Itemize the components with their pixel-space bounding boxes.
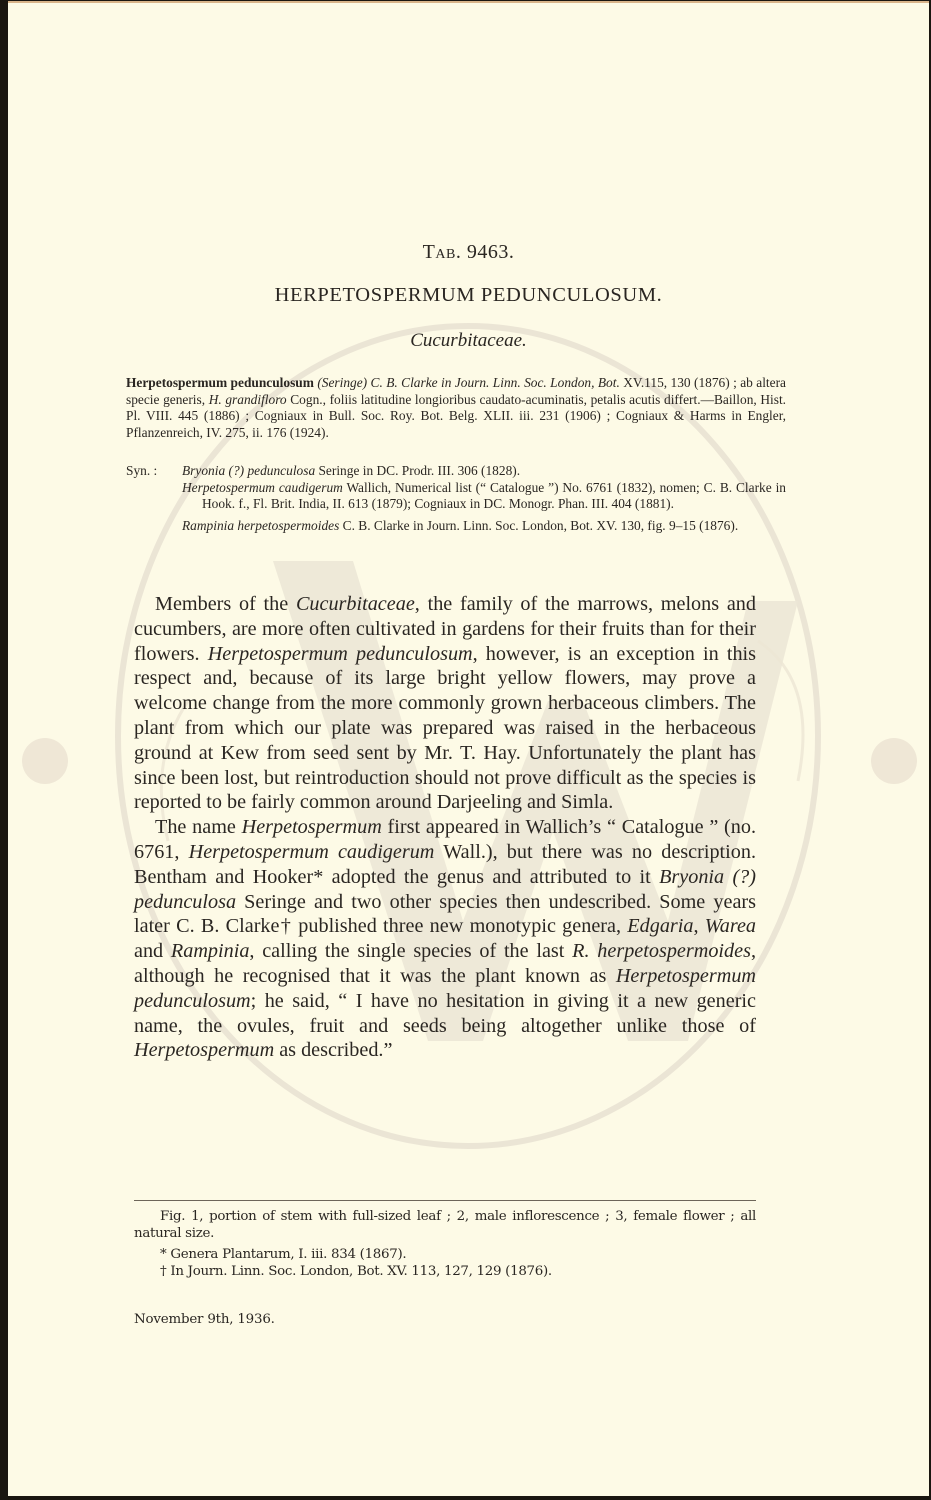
publication-date: November 9th, 1936. xyxy=(134,1312,275,1327)
synonym-entry: Bryonia (?) pedunculosa Seringe in DC. P… xyxy=(182,463,520,480)
paragraph-intro: Members of the Cucurbitaceae, the family… xyxy=(134,592,756,815)
document-page: Tab. 9463. HERPETOSPERMUM PEDUNCULOSUM. … xyxy=(8,1,929,1496)
figure-caption: Fig. 1, portion of stem with full-sized … xyxy=(134,1209,756,1243)
plate-number: Tab. 9463. xyxy=(8,241,929,264)
synonym-entry: Rampinia herpetospermoides C. B. Clarke … xyxy=(182,518,786,535)
family-name: Cucurbitaceae. xyxy=(8,330,929,352)
paragraph-history: The name Herpetospermum first appeared i… xyxy=(134,815,756,1063)
species-authority: (Seringe) C. B. Clarke in Journ. Linn. S… xyxy=(317,375,620,390)
divider-rule xyxy=(134,1200,756,1201)
species-name: Herpetospermum pedunculosum xyxy=(126,375,314,390)
footnote: * Genera Plantarum, I. iii. 834 (1867). xyxy=(160,1247,760,1264)
synonyms-label: Syn. : xyxy=(126,463,182,480)
synonyms-list: Syn. : Bryonia (?) pedunculosa Seringe i… xyxy=(126,463,786,534)
synonym-entry: Herpetospermum caudigerum Wallich, Numer… xyxy=(182,480,786,513)
nomenclature-citation: Herpetospermum pedunculosum (Seringe) C.… xyxy=(126,375,786,441)
description-body: Members of the Cucurbitaceae, the family… xyxy=(134,592,756,1063)
footnotes: * Genera Plantarum, I. iii. 834 (1867). … xyxy=(160,1247,760,1280)
species-title: HERPETOSPERMUM PEDUNCULOSUM. xyxy=(8,284,929,307)
footnote: † In Journ. Linn. Soc. London, Bot. XV. … xyxy=(160,1264,760,1281)
